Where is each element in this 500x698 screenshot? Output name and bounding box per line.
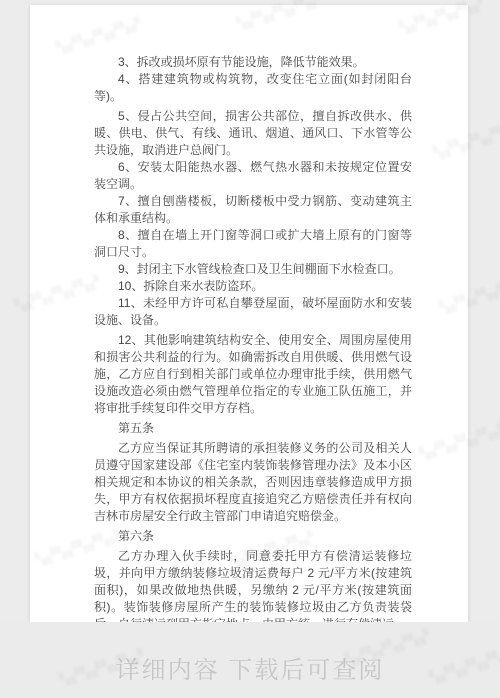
doc-paragraph: 3、拆改或损坏原有节能设施，降低节能效果。: [94, 54, 412, 71]
doc-paragraph: 7、擅自刨凿楼板，切断楼板中受力钢筋、变动建筑主体和承重结构。: [94, 193, 412, 227]
doc-paragraph: 5、侵占公共空间，损害公共部位，擅自拆改供水、供暖、供电、供气、有线、通讯、烟道…: [94, 108, 412, 159]
doc-paragraph: 12、其他影响建筑结构安全、使用安全、周围房屋使用和损害公共利益的行为。如确需拆…: [94, 332, 412, 417]
document-page: 3、拆改或损坏原有节能设施，降低节能效果。 4、搭建建筑物或构筑物，改变住宅立面…: [30, 5, 468, 622]
doc-paragraph: 4、搭建建筑物或构筑物，改变住宅立面(如封闭阳台等)。: [94, 71, 412, 105]
doc-heading: 第六条: [94, 528, 412, 545]
doc-paragraph: 乙方应当保证其所聘请的承担装修义务的公司及相关人员遵守国家建设部《住宅室内装饰装…: [94, 440, 412, 525]
doc-paragraph: 10、拆除自来水表防盗环。: [94, 278, 412, 295]
doc-paragraph: 11、未经甲方许可私自攀登屋面，破坏屋面防水和安装设施、设备。: [94, 295, 412, 329]
doc-paragraph: 8、擅自在墙上开门窗等洞口或扩大墙上原有的门窗等洞口尺寸。: [94, 227, 412, 261]
doc-paragraph: 9、封闭主下水管线检查口及卫生间棚面下水检查口。: [94, 261, 412, 278]
doc-heading: 第五条: [94, 420, 412, 437]
document-preview-screen: 3、拆改或损坏原有节能设施，降低节能效果。 4、搭建建筑物或构筑物，改变住宅立面…: [0, 0, 500, 698]
document-body: 3、拆改或损坏原有节能设施，降低节能效果。 4、搭建建筑物或构筑物，改变住宅立面…: [94, 54, 412, 653]
doc-paragraph: 乙方办理入伙手续时，同意委托甲方有偿清运装修垃圾，并向甲方缴纳装修垃圾清运费每户…: [94, 548, 412, 633]
doc-paragraph: 6、安装太阳能热水器、燃气热水器和未按规定位置安装空调。: [94, 159, 412, 193]
download-notice: 详细内容 下载后可查阅: [0, 650, 500, 685]
